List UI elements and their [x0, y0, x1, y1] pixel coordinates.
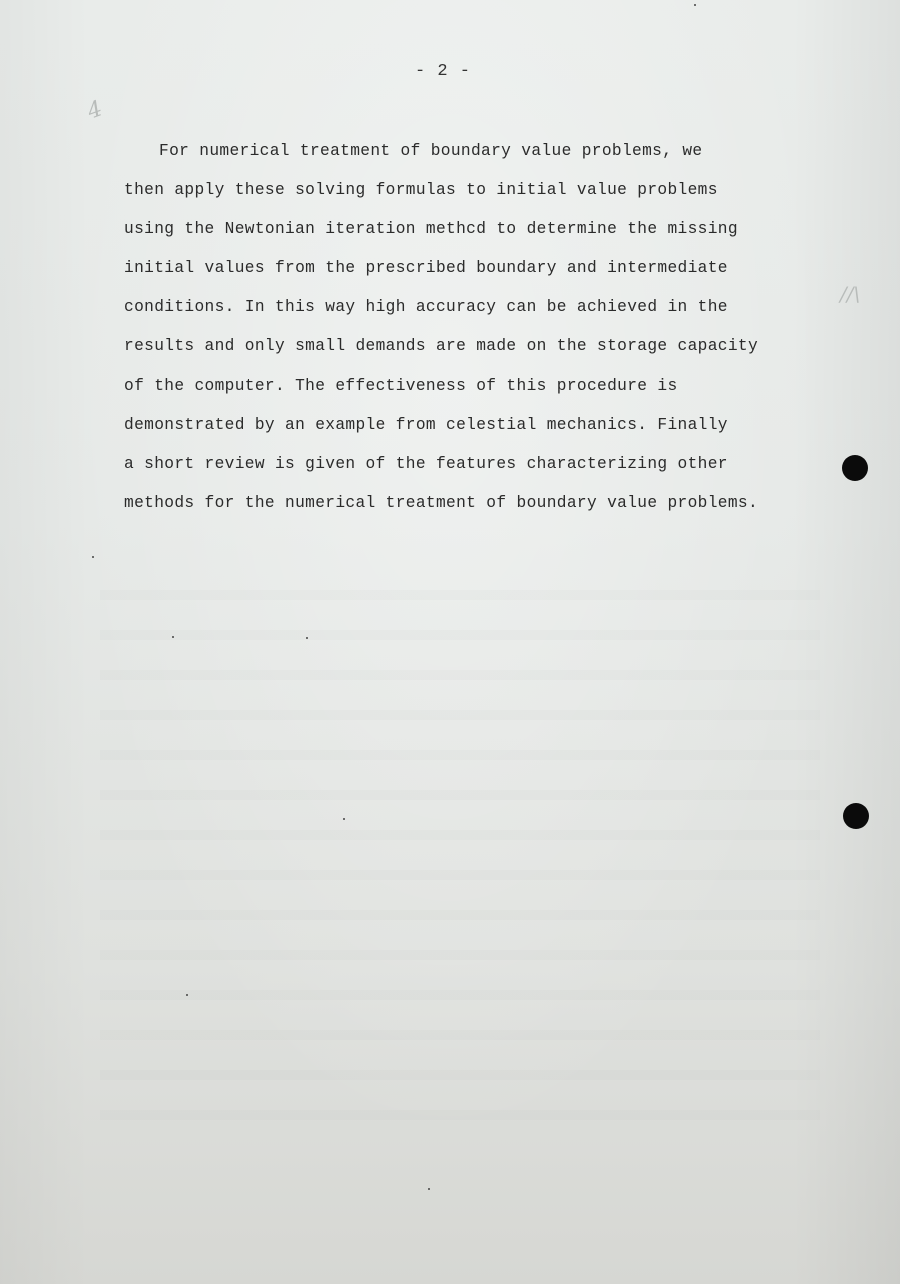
- bleed-through-text: [100, 560, 820, 1120]
- pencil-margin-mark-left: 4: [84, 96, 106, 124]
- paragraph-line: demonstrated by an example from celestia…: [124, 406, 864, 445]
- punch-hole-icon: [843, 803, 869, 829]
- dust-speck: [306, 637, 308, 639]
- paragraph-line: using the Newtonian iteration methcd to …: [124, 210, 864, 249]
- dust-speck: [694, 4, 696, 6]
- paragraph-line: a short review is given of the features …: [124, 445, 864, 484]
- paragraph-line: conditions. In this way high accuracy ca…: [124, 288, 864, 327]
- paragraph-line: results and only small demands are made …: [124, 327, 864, 366]
- dust-speck: [172, 636, 174, 638]
- paragraph-line: of the computer. The effectiveness of th…: [124, 367, 864, 406]
- dust-speck: [343, 818, 345, 820]
- paragraph-line: then apply these solving formulas to ini…: [124, 171, 864, 210]
- document-page: - 2 - 4 //\ For numerical treatment of b…: [0, 0, 900, 1284]
- paragraph-line: For numerical treatment of boundary valu…: [124, 132, 864, 171]
- paragraph-line: initial values from the prescribed bound…: [124, 249, 864, 288]
- dust-speck: [428, 1188, 430, 1190]
- abstract-paragraph: For numerical treatment of boundary valu…: [124, 132, 864, 523]
- punch-hole-icon: [842, 455, 868, 481]
- dust-speck: [92, 556, 94, 558]
- dust-speck: [186, 994, 188, 996]
- paragraph-line: methods for the numerical treatment of b…: [124, 484, 864, 523]
- page-number: - 2 -: [0, 62, 886, 81]
